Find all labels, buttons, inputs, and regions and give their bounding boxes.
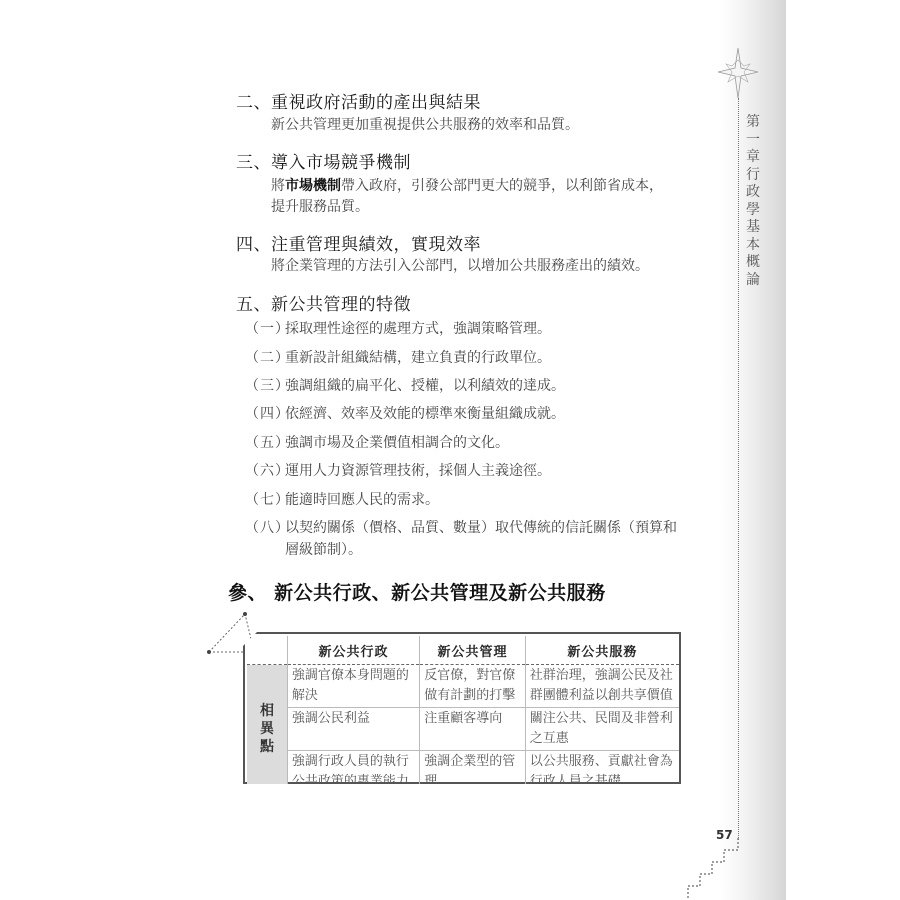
text-span: 將 [271,178,285,194]
item-number: （四） [245,403,285,425]
heading-4: 四、注重管理與績效，實現效率 [236,230,481,255]
column-header: 新公共行政 [287,636,419,665]
list-item: （三）強調組織的扁平化、授權，以利績效的達成。 [245,375,685,397]
item-text: 採取理性途徑的處理方式，強調策略管理。 [285,321,551,337]
table: 新公共行政 新公共管理 新公共服務 相異點 強調官僚本身問題的解決 反官僚，對官… [247,636,679,793]
sidebar-dotted-line [738,98,739,840]
header-blank [247,636,287,665]
table-cell: 強調公民利益 [287,708,419,751]
table-cell: 關注公共、民間及非營利之互惠 [525,708,679,751]
table-frame: 新公共行政 新公共管理 新公共服務 相異點 強調官僚本身問題的解決 反官僚，對官… [243,632,681,784]
list-item: （五）強調市場及企業價值相調合的文化。 [245,432,685,454]
item-number: （七） [245,489,285,511]
item-text: 能適時回應人民的需求。 [285,492,439,508]
list-item: （二）重新設計組織結構，建立負責的行政單位。 [245,347,685,369]
list-item: （一）採取理性途徑的處理方式，強調策略管理。 [245,318,685,340]
heading-5: 五、新公共管理的特徵 [236,290,411,315]
item-number: （五） [245,432,285,454]
heading-2: 二、重視政府活動的產出與結果 [236,88,481,113]
section-title: 參、 新公共行政、新公共管理及新公共服務 [228,578,606,605]
table-cell: 注重顧客導向 [420,708,526,751]
list-item: （八）以契約關係（價格、品質、數量）取代傳統的信託關係（預算和層級節制）。 [245,517,685,561]
item-text: 重新設計組織結構，建立負責的行政單位。 [285,350,551,366]
table-header-row: 新公共行政 新公共管理 新公共服務 [247,636,679,665]
column-header: 新公共服務 [525,636,679,665]
compass-star-icon [718,48,758,98]
item-text: 強調組織的扁平化、授權，以利績效的達成。 [285,378,565,394]
item-number: （六） [245,460,285,482]
heading-3: 三、導入市場競爭機制 [236,148,411,173]
column-header: 新公共管理 [420,636,526,665]
bold-term: 市場機制 [285,178,341,194]
stairs-decoration [684,838,744,900]
item-number: （三） [245,375,285,397]
row-label-text: 相異點 [259,702,275,756]
row-label: 相異點 [247,665,287,794]
table-cell: 強調企業型的管理 [420,751,526,794]
comparison-table: 新公共行政 新公共管理 新公共服務 相異點 強調官僚本身問題的解決 反官僚，對官… [243,632,681,782]
table-cell: 以公共服務、貢獻社會為行政人員之基礎 [525,751,679,794]
item-text: 以契約關係（價格、品質、數量）取代傳統的信託關係（預算和層級節制）。 [285,517,685,561]
paragraph-4: 將企業管理的方法引入公部門，以增加公共服務產出的績效。 [271,256,671,277]
item-text: 強調市場及企業價值相調合的文化。 [285,435,509,451]
table-cell: 反官僚，對官僚做有計劃的打擊 [420,665,526,708]
list-item: （四）依經濟、效率及效能的標準來衡量組織成就。 [245,403,685,425]
item-number: （一） [245,318,285,340]
chapter-label: 第一章 行政學基本概論 [744,114,762,289]
table-row: 強調行政人員的執行公共政策的專業能力 強調企業型的管理 以公共服務、貢獻社會為行… [247,751,679,794]
list-item: （六）運用人力資源管理技術，採個人主義途徑。 [245,460,685,482]
table-row: 相異點 強調官僚本身問題的解決 反官僚，對官僚做有計劃的打擊 社群治理，強調公民… [247,665,679,708]
item-text: 依經濟、效率及效能的標準來衡量組織成就。 [285,406,565,422]
item-number: （八） [245,517,285,561]
item-text: 運用人力資源管理技術，採個人主義途徑。 [285,463,551,479]
table-cell: 強調行政人員的執行公共政策的專業能力 [287,751,419,794]
paragraph-2: 新公共管理更加重視提供公共服務的效率和品質。 [271,115,671,136]
table-cell: 社群治理，強調公民及社群團體利益以創共享價值 [525,665,679,708]
item-number: （二） [245,347,285,369]
list-item: （七）能適時回應人民的需求。 [245,489,685,511]
paragraph-3: 將市場機制帶入政府，引發公部門更大的競爭，以利節省成本，提升服務品質。 [271,176,671,218]
table-row: 強調公民利益 注重顧客導向 關注公共、民間及非營利之互惠 [247,708,679,751]
table-cell: 強調官僚本身問題的解決 [287,665,419,708]
